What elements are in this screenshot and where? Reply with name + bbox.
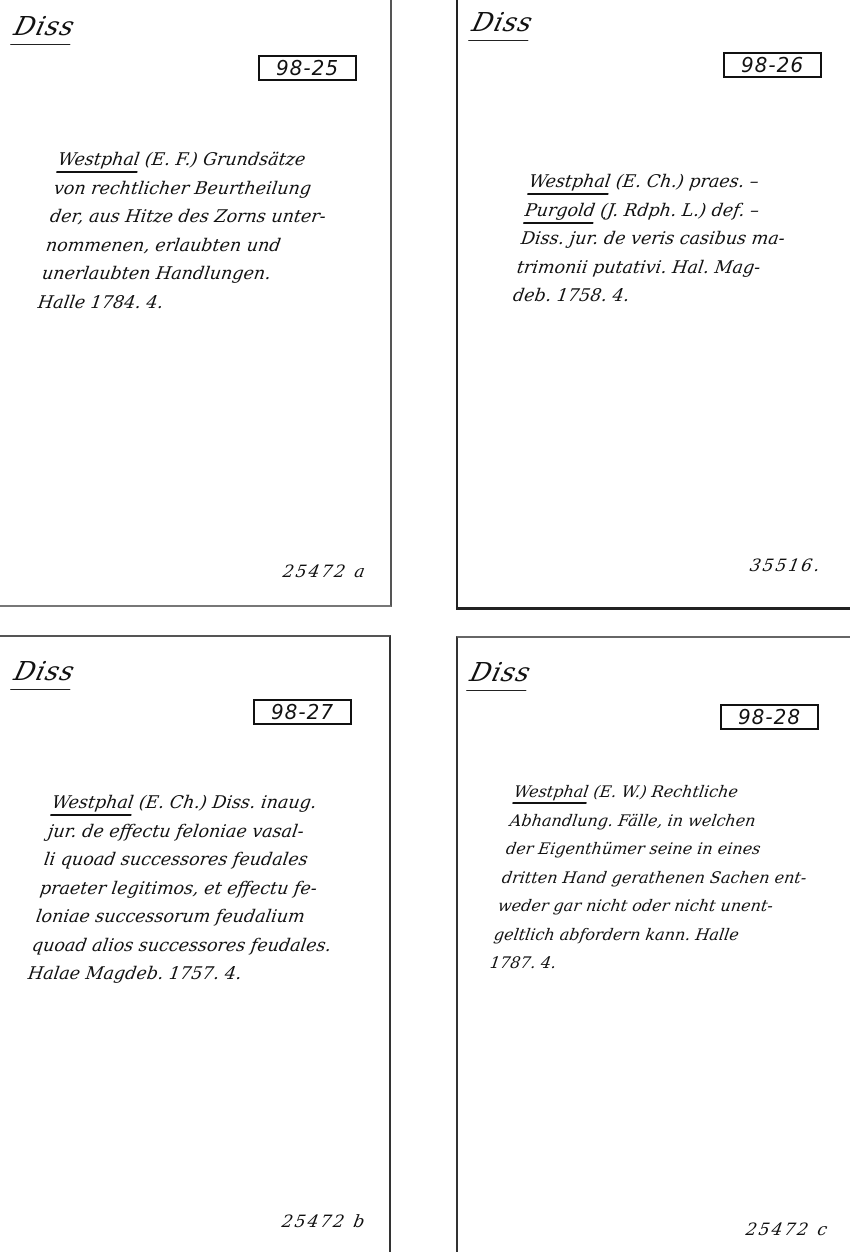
- entry-line: 1787. 4.: [488, 949, 796, 978]
- entry-line: li quoad successores feudales: [42, 846, 345, 875]
- bibliographic-entry: Westphal (E. F.) Grundsätze von rechtlic…: [36, 146, 336, 317]
- category-label: Diss: [468, 10, 536, 41]
- shelfmark-box: 98-27: [253, 699, 352, 725]
- accession-number: 25472 a: [281, 562, 368, 582]
- category-label: Diss: [466, 660, 534, 691]
- author-name: Westphal: [56, 150, 141, 173]
- shelfmark-box: 98-28: [720, 704, 819, 730]
- catalog-card-98-26: Diss 98-26 Westphal (E. Ch.) praes. – Pu…: [456, 0, 850, 610]
- entry-line: Westphal (E. Ch.) praes. –: [527, 168, 795, 197]
- catalog-card-98-28: Diss 98-28 Westphal (E. W.) Rechtliche A…: [456, 636, 850, 1252]
- entry-line: Abhandlung. Fälle, in welchen: [508, 807, 816, 836]
- entry-line: jur. de effectu feloniae vasal-: [46, 818, 349, 847]
- entry-line: weder gar nicht oder nicht unent-: [496, 892, 804, 921]
- category-label: Diss: [10, 14, 78, 45]
- entry-line: geltlich abfordern kann. Halle: [492, 921, 800, 950]
- catalog-card-98-25: Diss 98-25 Westphal (E. F.) Grundsätze v…: [0, 0, 392, 607]
- entry-line: Halle 1784. 4.: [36, 289, 316, 318]
- entry-line: dritten Hand gerathenen Sachen ent-: [500, 864, 808, 893]
- entry-line: Purgold (J. Rdph. L.) def. –: [523, 197, 791, 226]
- entry-line: Halae Magdeb. 1757. 4.: [26, 960, 329, 989]
- entry-line: von rechtlicher Beurtheilung: [52, 175, 332, 204]
- shelfmark-box: 98-26: [723, 52, 822, 78]
- entry-line: der Eigenthümer seine in eines: [504, 835, 812, 864]
- entry-line: der, aus Hitze des Zorns unter-: [48, 203, 328, 232]
- bibliographic-entry: Westphal (E. Ch.) Diss. inaug. jur. de e…: [26, 789, 353, 989]
- respondent-name: Purgold: [523, 201, 596, 224]
- author-name: Westphal: [527, 172, 612, 195]
- accession-number: 25472 b: [280, 1212, 368, 1232]
- entry-line: Westphal (E. W.) Rechtliche: [512, 778, 820, 807]
- entry-line: Westphal (E. Ch.) Diss. inaug.: [50, 789, 353, 818]
- author-name: Westphal: [512, 782, 590, 804]
- author-name: Westphal: [50, 793, 135, 816]
- entry-line: quoad alios successores feudales.: [30, 932, 333, 961]
- entry-line: loniae successorum feudalium: [34, 903, 337, 932]
- accession-number: 25472 c: [744, 1220, 831, 1240]
- catalog-card-98-27: Diss 98-27 Westphal (E. Ch.) Diss. inaug…: [0, 635, 391, 1252]
- entry-line: Westphal (E. F.) Grundsätze: [56, 146, 336, 175]
- shelfmark-box: 98-25: [258, 55, 357, 81]
- entry-line: praeter legitimos, et effectu fe-: [38, 875, 341, 904]
- entry-line: trimonii putativi. Hal. Mag-: [515, 254, 783, 283]
- entry-line: Diss. jur. de veris casibus ma-: [519, 225, 787, 254]
- entry-line: unerlaubten Handlungen.: [40, 260, 320, 289]
- entry-line: nommenen, erlaubten und: [44, 232, 324, 261]
- entry-line: deb. 1758. 4.: [511, 282, 779, 311]
- accession-number: 35516.: [748, 556, 823, 576]
- bibliographic-entry: Westphal (E. Ch.) praes. – Purgold (J. R…: [511, 168, 795, 311]
- bibliographic-entry: Westphal (E. W.) Rechtliche Abhandlung. …: [488, 778, 820, 978]
- category-label: Diss: [10, 659, 78, 690]
